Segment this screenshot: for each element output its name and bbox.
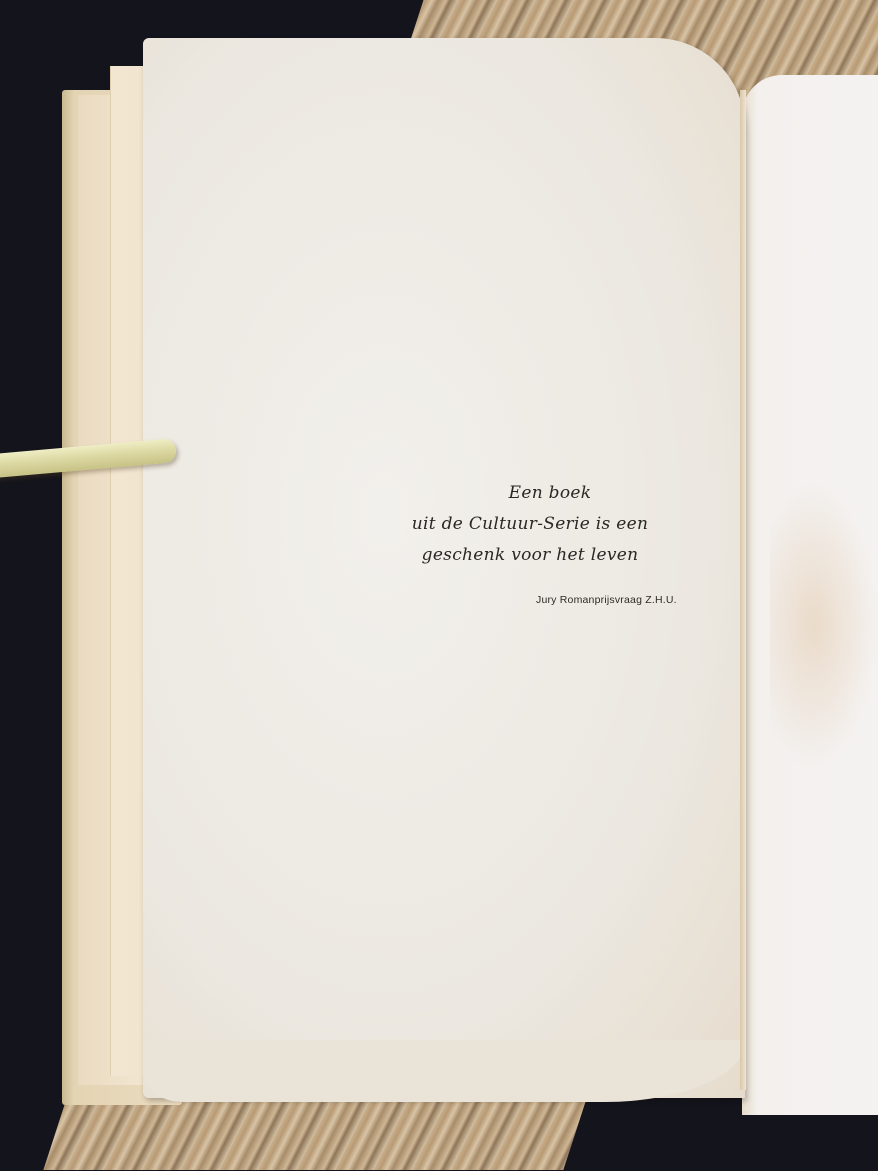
text-line-1: Een boek [370,478,690,509]
dedication-text: Een boek uit de Cultuur-Serie is een ges… [370,478,690,571]
attribution: Jury Romanprijsvraag Z.H.U. [536,594,677,606]
text-line-3: geschenk voor het leven [370,540,690,571]
book-gutter [740,90,746,1090]
left-page-bottom-curl [143,1040,745,1102]
water-stain [770,480,878,770]
book-photo: Een boek uit de Cultuur-Serie is een ges… [0,0,878,1171]
text-line-2: uit de Cultuur-Serie is een [370,509,690,540]
